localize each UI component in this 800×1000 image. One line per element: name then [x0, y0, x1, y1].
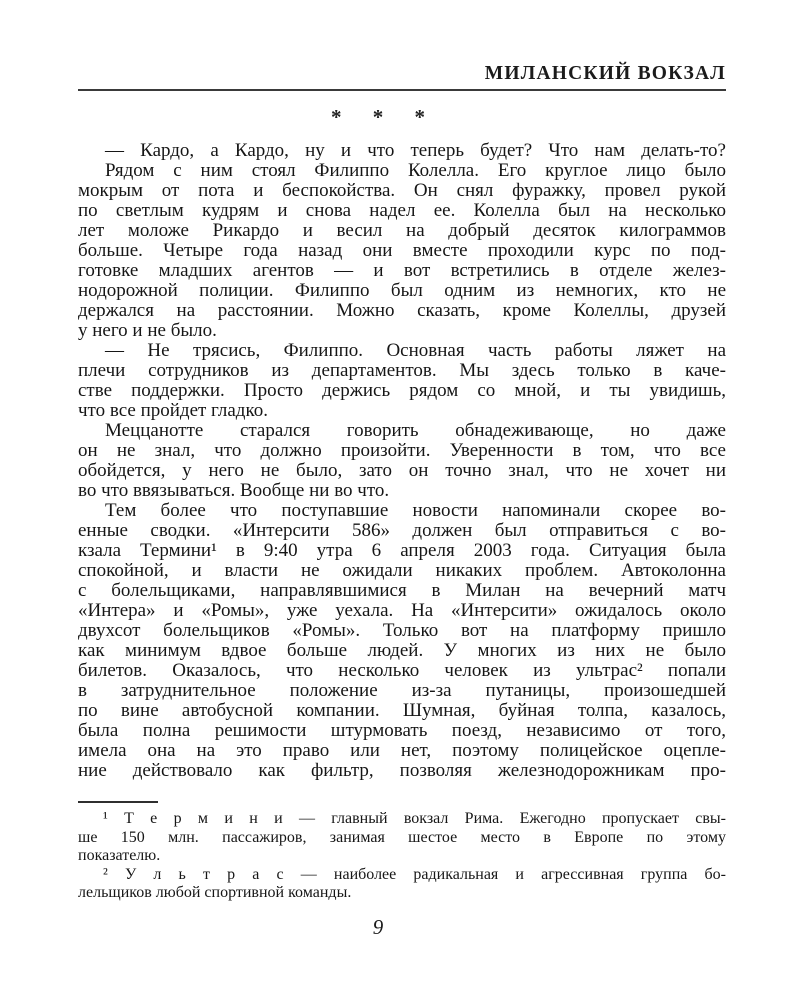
text-line: кзала Термини¹ в 9:40 утра 6 апреля 2003…	[78, 541, 726, 561]
text-line: как минимум вдвое больше людей. У многих…	[78, 641, 726, 661]
text-line: енные сводки. «Интерсити 586» должен был…	[78, 521, 726, 541]
text-line: билетов. Оказалось, что несколько челове…	[78, 661, 726, 681]
paragraph: ² У л ь т р а с — наиболее радикальная и…	[78, 866, 726, 903]
footnotes-block: ¹ Т е р м и н и — главный вокзал Рима. Е…	[78, 810, 726, 903]
text-line: — Не трясись, Филиппо. Основная часть ра…	[78, 341, 726, 361]
text-line: лельщиков любой спортивной команды.	[78, 884, 726, 903]
text-line: ² У л ь т р а с — наиболее радикальная и…	[78, 866, 726, 885]
running-header-title: МИЛАНСКИЙ ВОКЗАЛ	[78, 0, 726, 86]
text-line: обойдется, у него не было, зато он точно…	[78, 461, 726, 481]
text-line: — Кардо, а Кардо, ну и что теперь будет?…	[78, 141, 726, 161]
text-line: лет моложе Рикардо и весил на добрый дес…	[78, 221, 726, 241]
text-line: ние действовало как фильтр, позволяя жел…	[78, 761, 726, 781]
text-line: «Интера» и «Ромы», уже уехала. На «Интер…	[78, 601, 726, 621]
text-line: он не знал, что должно произойти. Уверен…	[78, 441, 726, 461]
text-line: мокрым от пота и беспокойства. Он снял ф…	[78, 181, 726, 201]
text-line: по вине автобусной компании. Шумная, буй…	[78, 701, 726, 721]
text-line: показателю.	[78, 847, 726, 866]
text-line: стве поддержки. Просто держись рядом со …	[78, 381, 726, 401]
text-line: была полна решимости штурмовать поезд, н…	[78, 721, 726, 741]
paragraph: — Кардо, а Кардо, ну и что теперь будет?…	[78, 141, 726, 161]
text-line: Рядом с ним стоял Филиппо Колелла. Его к…	[78, 161, 726, 181]
paragraph: Тем более что поступавшие новости напоми…	[78, 501, 726, 781]
text-line: ше 150 млн. пассажиров, занимая шестое м…	[78, 829, 726, 848]
body-text: — Кардо, а Кардо, ну и что теперь будет?…	[78, 141, 726, 781]
paragraph: Меццанотте старался говорить обнадеживаю…	[78, 421, 726, 501]
header-rule	[78, 89, 726, 91]
text-line: спокойной, и власти не ожидали никаких п…	[78, 561, 726, 581]
paragraph: ¹ Т е р м и н и — главный вокзал Рима. Е…	[78, 810, 726, 866]
page-number: 9	[54, 915, 702, 940]
text-line: Меццанотте старался говорить обнадеживаю…	[78, 421, 726, 441]
footnote-separator-rule	[78, 801, 158, 803]
text-line: что все пройдет гладко.	[78, 401, 726, 421]
text-line: во что ввязываться. Вообще ни во что.	[78, 481, 726, 501]
text-line: имела она на это право или нет, поэтому …	[78, 741, 726, 761]
text-line: в затруднительное положение из-за путани…	[78, 681, 726, 701]
text-line: двухсот болельщиков «Ромы». Только вот н…	[78, 621, 726, 641]
text-line: с болельщиками, направлявшимися в Милан …	[78, 581, 726, 601]
text-line: у него и не было.	[78, 321, 726, 341]
text-line: Тем более что поступавшие новости напоми…	[78, 501, 726, 521]
text-line: ¹ Т е р м и н и — главный вокзал Рима. Е…	[78, 810, 726, 829]
text-line: плечи сотрудников из департаментов. Мы з…	[78, 361, 726, 381]
book-page: МИЛАНСКИЙ ВОКЗАЛ * * * — Кардо, а Кардо,…	[0, 0, 800, 1000]
section-divider: * * *	[54, 105, 702, 133]
text-line: нодорожной полиции. Филиппо был одним из…	[78, 281, 726, 301]
text-line: больше. Четыре года назад они вместе про…	[78, 241, 726, 261]
text-line: по светлым кудрям и снова надел ее. Коле…	[78, 201, 726, 221]
paragraph: — Не трясись, Филиппо. Основная часть ра…	[78, 341, 726, 421]
paragraph: Рядом с ним стоял Филиппо Колелла. Его к…	[78, 161, 726, 341]
text-line: держался на расстоянии. Можно сказать, к…	[78, 301, 726, 321]
text-line: готовке младших агентов — и вот встретил…	[78, 261, 726, 281]
